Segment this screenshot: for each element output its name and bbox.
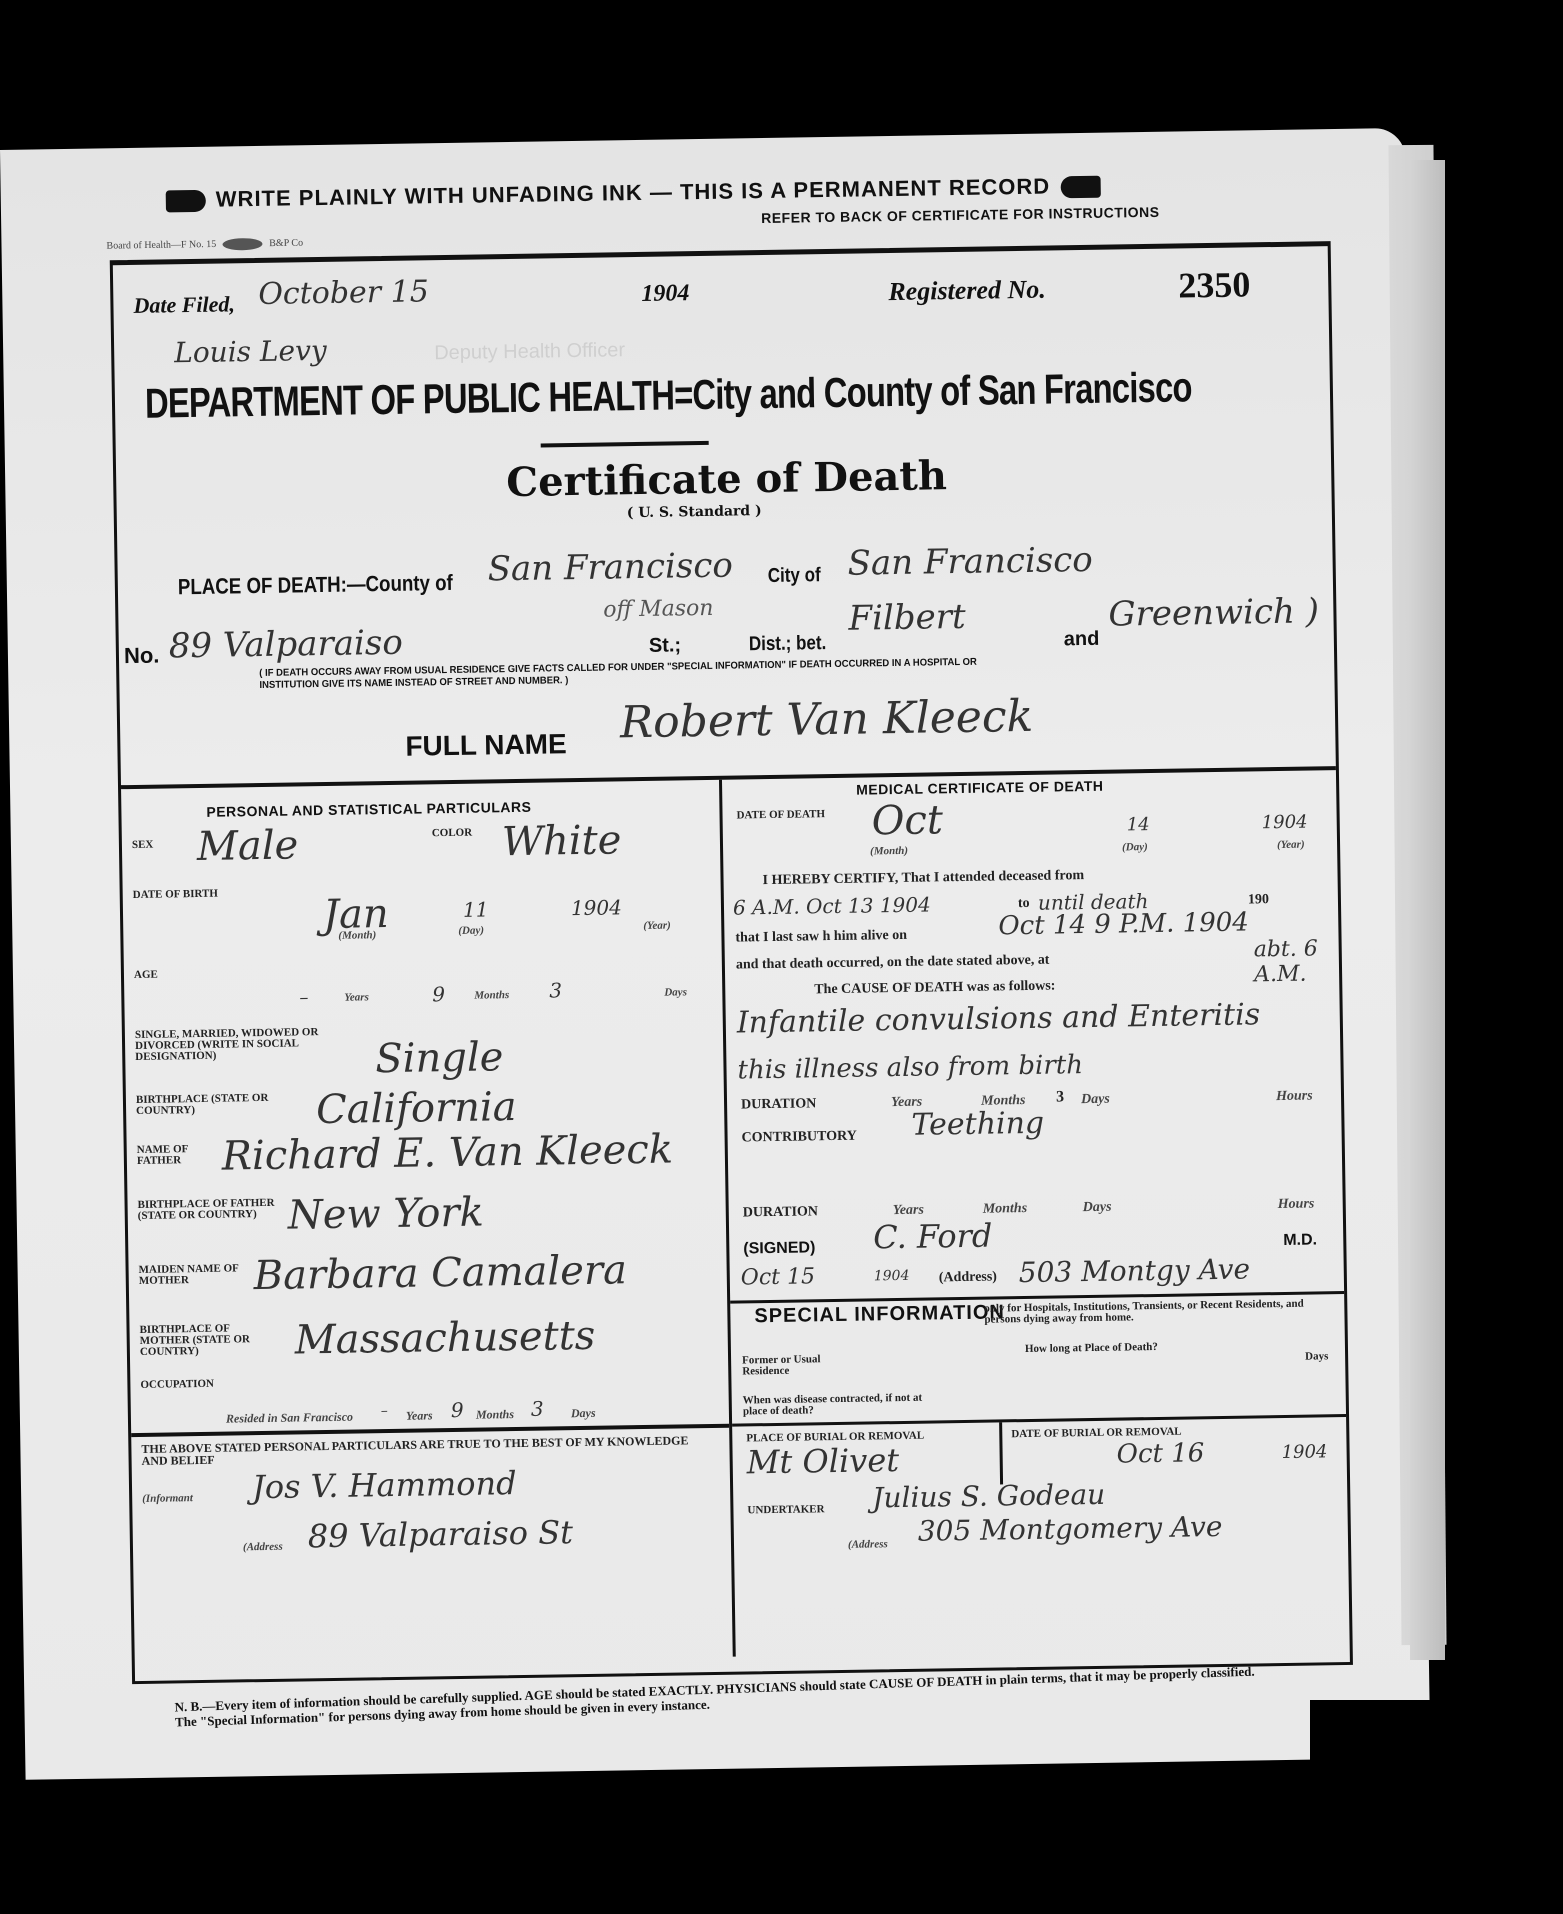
top-warning-text: WRITE PLAINLY WITH UNFADING INK — THIS I… xyxy=(216,174,1051,212)
county-value: San Francisco xyxy=(487,546,733,590)
contracted-label: When was disease contracted, if not at p… xyxy=(743,1393,923,1418)
refer-note: REFER TO BACK OF CERTIFICATE FOR INSTRUC… xyxy=(761,204,1160,226)
days-label: Days xyxy=(1305,1351,1328,1362)
father-birthplace-value: New York xyxy=(287,1190,484,1239)
duration2-months-label: Months xyxy=(983,1201,1028,1218)
form-number: Board of Health—F No. 15 B&P Co xyxy=(106,237,303,252)
signed-label: (SIGNED) xyxy=(743,1239,815,1258)
st-label: St.; xyxy=(649,634,682,658)
certificate-title: Certificate of Death xyxy=(506,452,947,506)
color-label: COLOR xyxy=(432,828,473,840)
scan-shadow xyxy=(1310,1700,1563,1914)
cause-line-1: Infantile convulsions and Enteritis xyxy=(737,997,1261,1040)
death-year-label: (Year) xyxy=(1277,839,1305,851)
street-value: 89 Valparaiso xyxy=(169,623,404,667)
certificate-form: Date Filed, October 15 1904 Registered N… xyxy=(110,241,1353,1684)
father-value: Richard E. Van Kleeck xyxy=(221,1127,673,1180)
mother-birthplace-value: Massachusetts xyxy=(294,1313,595,1364)
death-year: 1904 xyxy=(1262,812,1308,834)
certificate-page: WRITE PLAINLY WITH UNFADING INK — THIS I… xyxy=(0,128,1430,1780)
last-saw-value: Oct 14 9 P.M. 1904 xyxy=(998,907,1249,941)
duration2-years-label: Years xyxy=(893,1203,924,1219)
informant-address-label: (Address xyxy=(243,1541,283,1554)
physician-address-label: (Address) xyxy=(939,1269,997,1286)
printer-mark: B&P Co xyxy=(269,238,303,250)
birthplace-value: California xyxy=(316,1084,517,1133)
informant-attest: THE ABOVE STATED PERSONAL PARTICULARS AR… xyxy=(141,1434,701,1467)
duration-months: 3 xyxy=(1056,1088,1064,1106)
dob-year-label: (Year) xyxy=(643,920,671,932)
sex-label: SEX xyxy=(132,840,154,851)
duration2-label: DURATION xyxy=(743,1204,818,1221)
date-filed-value: October 15 xyxy=(258,274,429,312)
occupation-label: OCCUPATION xyxy=(140,1379,214,1391)
city-value: San Francisco xyxy=(847,540,1093,584)
former-residence-label: Former or Usual Residence xyxy=(742,1354,852,1378)
seal-icon xyxy=(223,238,263,251)
attended-from: 6 A.M. Oct 13 1904 xyxy=(733,892,931,919)
occurred-text: and that death occurred, on the date sta… xyxy=(736,953,1050,974)
informant-name: Jos V. Hammond xyxy=(252,1464,517,1506)
sex-value: Male xyxy=(197,822,299,870)
age-years: – xyxy=(299,987,308,1008)
occurred-at: abt. 6 A.M. xyxy=(1254,936,1340,987)
death-day-label: (Day) xyxy=(1122,841,1148,853)
duration2-days-label: Days xyxy=(1083,1200,1112,1216)
officer-title: Deputy Health Officer xyxy=(434,339,625,365)
how-long-label: How long at Place of Death? xyxy=(1025,1342,1185,1356)
certificate-subtitle: ( U. S. Standard ) xyxy=(627,503,762,521)
book-page-edge xyxy=(1410,160,1445,1660)
signed-date: Oct 15 xyxy=(741,1264,816,1290)
duration-hours-label: Hours xyxy=(1276,1089,1313,1106)
informant-label: (Informant xyxy=(142,1492,193,1505)
pointing-hand-icon xyxy=(166,190,206,213)
resided-days: 3 xyxy=(531,1397,544,1421)
burial-date: Oct 16 xyxy=(1116,1438,1204,1469)
title-rule xyxy=(541,441,709,448)
city-label: City of xyxy=(768,564,821,588)
last-saw-text: that I last saw h him alive on xyxy=(735,928,907,947)
duration-label: DURATION xyxy=(741,1096,816,1113)
full-name-label: FULL NAME xyxy=(405,728,567,763)
undertaker-address: 305 Montgomery Ave xyxy=(918,1510,1223,1548)
age-years-label: Years xyxy=(344,991,369,1003)
attended-to-label: to xyxy=(1018,896,1030,912)
physician-address: 503 Montgy Ave xyxy=(1019,1253,1251,1290)
full-name-value: Robert Van Kleeck xyxy=(620,691,1034,748)
mother-value: Barbara Camalera xyxy=(253,1247,627,1299)
father-birthplace-label: BIRTHPLACE OF FATHER (State or Country) xyxy=(138,1198,278,1222)
personal-heading: PERSONAL AND STATISTICAL PARTICULARS xyxy=(206,799,531,820)
resided-years: – xyxy=(381,1403,388,1419)
md-label: M.D. xyxy=(1283,1231,1317,1250)
dob-label: DATE OF BIRTH xyxy=(133,889,218,901)
duration2-hours-label: Hours xyxy=(1278,1196,1315,1213)
dob-day: 11 xyxy=(463,897,489,921)
resided-days-label: Days xyxy=(571,1406,596,1421)
undertaker-label: UNDERTAKER xyxy=(747,1504,824,1516)
between-street-2: Greenwich ) xyxy=(1108,591,1319,634)
contributory-label: CONTRIBUTORY xyxy=(741,1129,856,1147)
special-info-note: only for Hospitals, Institutions, Transi… xyxy=(754,1298,1334,1329)
medical-heading: MEDICAL CERTIFICATE OF DEATH xyxy=(856,778,1104,798)
dob-day-label: (Day) xyxy=(458,924,484,936)
mother-label: MAIDEN NAME OF MOTHER xyxy=(139,1263,269,1287)
death-month: Oct xyxy=(871,797,943,844)
age-label: AGE xyxy=(134,970,158,981)
cause-line-2: this illness also from birth xyxy=(737,1050,1083,1085)
street-no-label: No. xyxy=(124,643,160,670)
marital-label: SINGLE, MARRIED, WIDOWED OR DIVORCED (Wr… xyxy=(135,1027,335,1063)
between-street-1: Filbert xyxy=(848,597,966,639)
dist-label: Dist.; bet. xyxy=(749,632,827,656)
undertaker-name: Julius S. Godeau xyxy=(872,1478,1105,1515)
registered-label: Registered No. xyxy=(888,275,1046,307)
signed-year: 1904 xyxy=(874,1268,910,1285)
informant-address: 89 Valparaiso St xyxy=(308,1513,574,1555)
dob-month-label: (Month) xyxy=(338,929,376,942)
resided-label: Resided in San Francisco xyxy=(226,1410,353,1427)
form-number-text: Board of Health—F No. 15 xyxy=(106,239,216,252)
age-days-label: Days xyxy=(664,986,687,998)
street-note: off Mason xyxy=(603,596,714,623)
resided-years-label: Years xyxy=(406,1408,433,1423)
physician-signature: C. Ford xyxy=(873,1217,993,1257)
death-day: 14 xyxy=(1127,814,1150,835)
place-of-death-label: PLACE OF DEATH:—County of xyxy=(178,570,453,600)
date-filed-label: Date Filed, xyxy=(133,291,235,319)
section-divider xyxy=(121,766,1336,789)
birthplace-label: BIRTHPLACE (State or Country) xyxy=(136,1093,276,1117)
burial-year: 1904 xyxy=(1281,1441,1327,1463)
date-of-death-label: DATE OF DEATH xyxy=(736,809,825,821)
officer-signature: Louis Levy xyxy=(174,334,327,369)
resided-months-label: Months xyxy=(476,1407,514,1423)
death-month-label: (Month) xyxy=(870,845,908,858)
father-label: NAME OF FATHER xyxy=(137,1144,227,1167)
marital-value: Single xyxy=(375,1034,504,1082)
color-value: White xyxy=(502,817,622,865)
age-days: 3 xyxy=(549,978,562,1002)
date-filed-year: 1904 xyxy=(641,280,689,308)
pointing-hand-icon xyxy=(1060,176,1100,199)
resided-months: 9 xyxy=(451,1398,464,1422)
department-heading: DEPARTMENT OF PUBLIC HEALTH=City and Cou… xyxy=(145,363,1192,427)
cause-text: The CAUSE OF DEATH was as follows: xyxy=(814,979,1055,999)
dob-year: 1904 xyxy=(571,895,622,920)
burial-place: Mt Olivet xyxy=(746,1441,899,1481)
burial-column-divider xyxy=(999,1422,1003,1484)
duration-days-label: Days xyxy=(1081,1092,1110,1108)
attended-to-year: 190 xyxy=(1248,892,1269,908)
mother-birthplace-label: BIRTHPLACE OF MOTHER (State or Country) xyxy=(139,1323,280,1358)
undertaker-address-label: (Address xyxy=(848,1538,888,1551)
age-months-label: Months xyxy=(474,989,509,1002)
and-label: and xyxy=(1064,628,1100,652)
registered-number: 2350 xyxy=(1178,263,1251,306)
age-months: 9 xyxy=(432,982,445,1006)
certify-text: I HEREBY CERTIFY, That I attended deceas… xyxy=(762,868,1084,889)
contributory-value: Teething xyxy=(911,1106,1044,1143)
